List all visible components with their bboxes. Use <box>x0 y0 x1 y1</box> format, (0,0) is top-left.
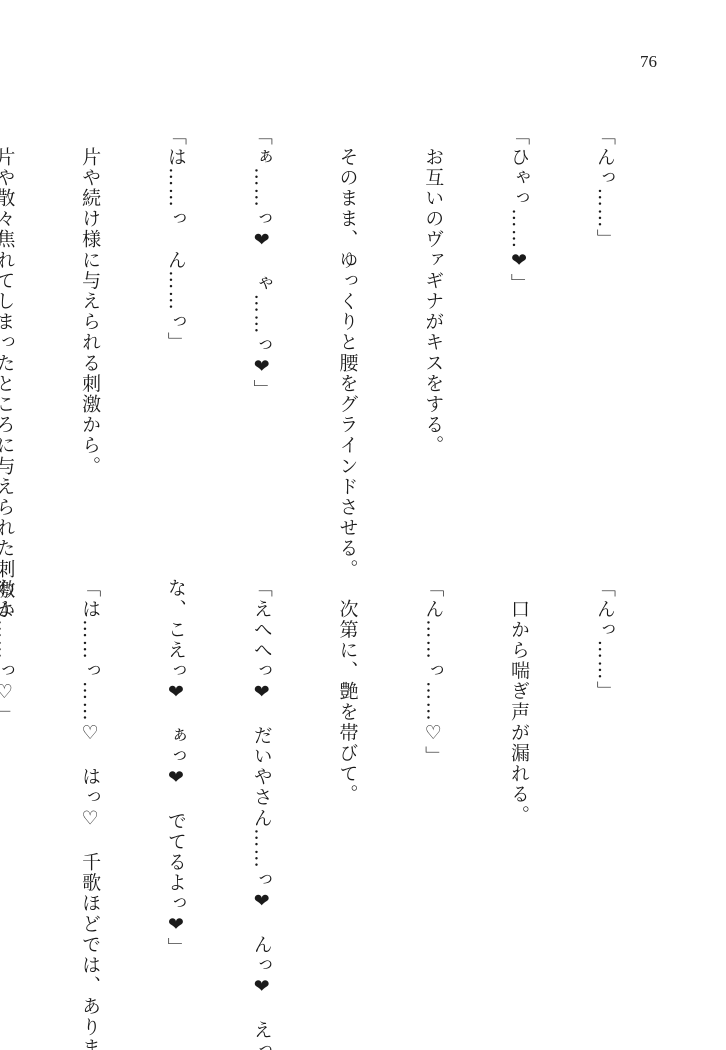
text-block-bottom: 「んっ……」 口から喘ぎ声が漏れる。 「ん……っ……♡」 次第に、艶を帯びて。 … <box>0 578 676 1018</box>
text-line: 「ぁ……っ❤ ゃ……っ❤」 <box>247 126 276 566</box>
text-line: お互いのヴァギナがキスをする。 <box>419 126 448 566</box>
text-line: 「えへへっ❤ だいやさん……っ❤ んっ❤ えっち <box>247 578 276 1018</box>
text-line: 「は……っ……♡ はっ♡ 千歌ほどでは、ありません、 <box>76 578 105 1018</box>
text-block-top: 「んっ……」 「ひゃっ……❤」 お互いのヴァギナがキスをする。 そのまま、ゆっく… <box>0 126 676 566</box>
text-line: そのまま、ゆっくりと腰をグラインドさせる。 <box>333 126 362 566</box>
text-line: 「ひゃっ……❤」 <box>504 126 533 566</box>
text-line: 「は……っ ん……っ」 <box>161 126 190 566</box>
text-line: 「ん……っ……♡」 <box>419 578 448 1018</box>
text-line: 口から喘ぎ声が漏れる。 <box>504 578 533 1018</box>
text-line: 「んっ……」 <box>590 126 619 566</box>
text-line: 「んっ……」 <box>590 578 619 1018</box>
text-line: わよ……っ♡」 <box>0 578 18 1018</box>
text-line: 次第に、艶を帯びて。 <box>333 578 362 1018</box>
text-line: な、こえっ❤ ぁっ❤ でてるよっ❤」 <box>161 578 190 1018</box>
page-number: 76 <box>640 52 657 72</box>
text-line: 片や続け様に与えられる刺激から。 <box>76 126 105 566</box>
text-line: 片や散々焦れてしまったところに与えられた刺激か <box>0 126 18 566</box>
